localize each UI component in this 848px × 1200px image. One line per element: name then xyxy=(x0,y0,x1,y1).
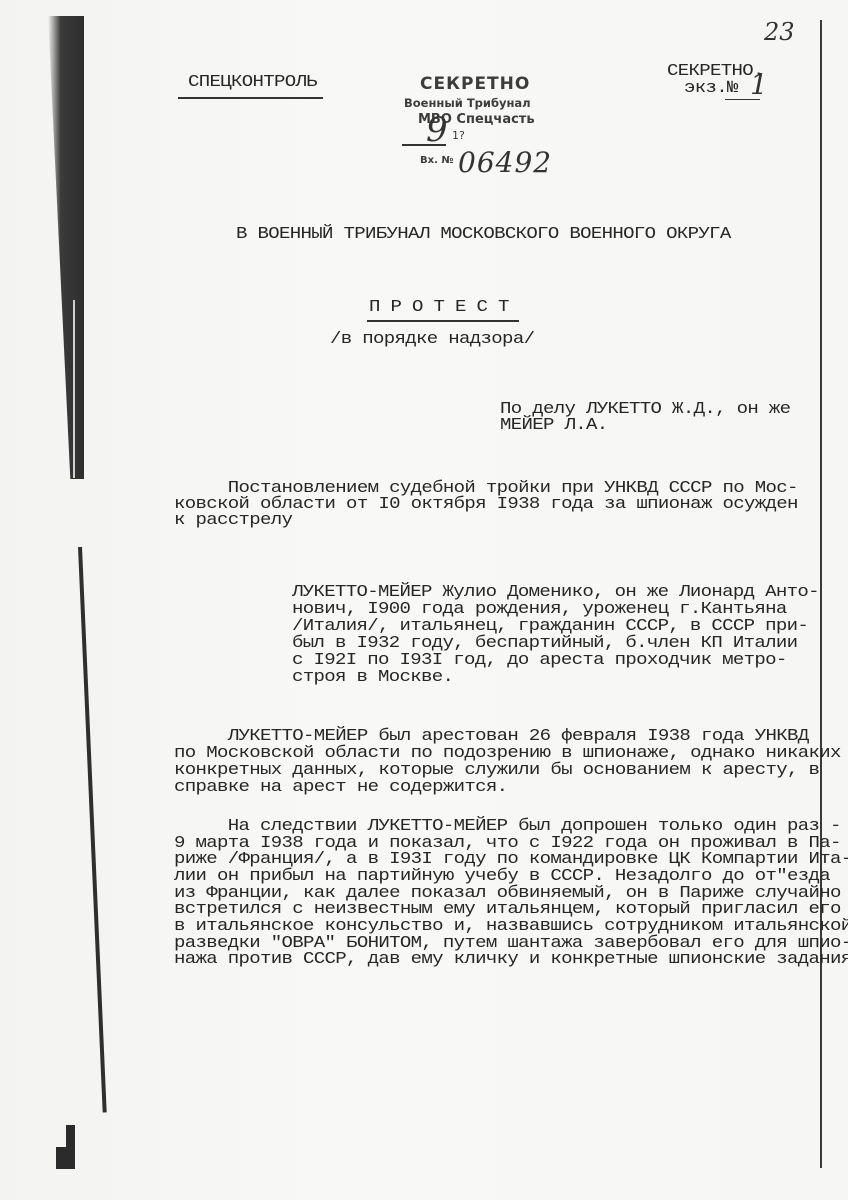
handwritten-copy-number: 1 xyxy=(750,68,768,101)
addressee: В ВОЕННЫЙ ТРИБУНАЛ МОСКОВСКОГО ВОЕННОГО … xyxy=(236,227,731,243)
document-subtitle: /в порядке надзора/ xyxy=(330,332,534,348)
scan-margin-shadow xyxy=(48,16,84,479)
paragraph-line: /Италия/, итальянец, гражданин СССР, в С… xyxy=(292,619,808,635)
stamp-dash xyxy=(402,144,446,146)
stamp-title: СЕКРЕТНО xyxy=(420,74,530,94)
right-margin-rule xyxy=(820,20,822,1168)
paragraph-line: ЛУКЕТТО-МЕЙЕР Жулио Доменико, он же Лион… xyxy=(292,585,819,601)
stamp-date-fragment: 1? xyxy=(452,129,465,142)
paragraph-line: ЛУКЕТТО-МЕЙЕР был арестован 26 февраля I… xyxy=(174,729,808,745)
paragraph-line: риже /Франция/, а в I93I году по команди… xyxy=(174,852,848,868)
document-title: П Р О Т Е С Т xyxy=(369,300,509,316)
paragraph-line: На следствии ЛУКЕТТО-МЕЙЕР был допрошен … xyxy=(174,819,841,835)
document-page: 23 СПЕЦКОНТРОЛЬ СЕКРЕТНО. экз.№ 1 СЕКРЕТ… xyxy=(0,0,848,1200)
paragraph-line: справке на арест не содержится. xyxy=(174,780,507,796)
paragraph-line: был в I932 году, беспартийный, б.член КП… xyxy=(292,636,797,652)
paragraph-line: встретился с неизвестным ему итальянцем,… xyxy=(174,902,841,918)
copy-number-label: экз.№ xyxy=(684,81,738,97)
special-control-underline xyxy=(178,97,323,99)
stamp-incoming-label: Вх. № xyxy=(420,155,453,166)
paragraph-line: нажа против СССР, дав ему кличку и конкр… xyxy=(174,952,848,968)
scan-margin-gap xyxy=(73,300,75,478)
handwritten-page-number: 23 xyxy=(764,18,795,46)
paragraph-line: с I92I по I93I год, до ареста проходчик … xyxy=(292,653,787,669)
title-underline xyxy=(367,320,519,322)
paragraph-line: строя в Москве. xyxy=(292,670,453,686)
scan-corner-mark xyxy=(56,1125,76,1169)
paragraph-line: лии он прибыл на партийную учебу в СССР.… xyxy=(174,869,830,885)
paragraph-line: к расстрелу xyxy=(174,513,292,529)
registration-stamp: СЕКРЕТНО Военный Трибунал МВО Спецчасть … xyxy=(396,72,566,202)
stamp-registration-number: 06492 xyxy=(458,146,552,179)
special-control-label: СПЕЦКОНТРОЛЬ xyxy=(188,75,317,91)
paragraph-line: нович, I900 года рождения, уроженец г.Ка… xyxy=(292,602,787,618)
stamp-line-1: Военный Трибунал xyxy=(404,96,531,110)
paragraph-line: в итальянское консульство и, назвавшись … xyxy=(174,919,848,935)
paragraph-line: конкретных данных, которые служили бы ос… xyxy=(174,763,819,779)
binding-line xyxy=(78,547,107,1113)
paragraph-line: по Московской области по подозрению в шп… xyxy=(174,746,841,762)
case-reference-line-2: МЕЙЕР Л.А. xyxy=(500,418,607,434)
